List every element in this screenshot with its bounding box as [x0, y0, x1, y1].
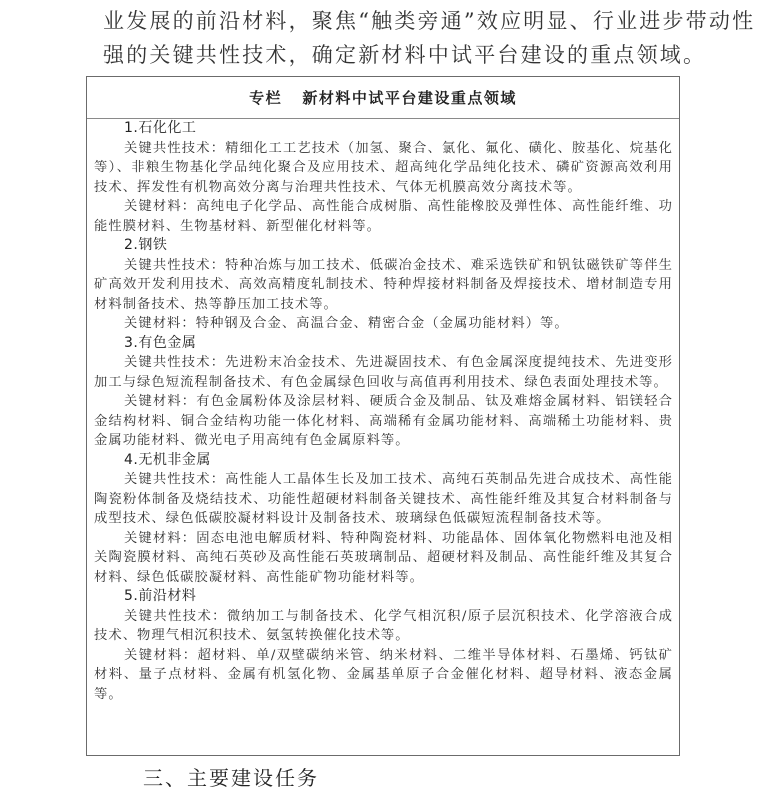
key-materials: 关键材料：高纯电子化学品、高性能合成树脂、高性能橡胶及弹性体、高性能纤维、功能性… [94, 197, 673, 236]
section-petrochemical: 1.石化化工 关键共性技术：精细化工工艺技术（加氢、聚合、氯化、氟化、磺化、胺基… [94, 119, 673, 236]
section-heading: 1.石化化工 [94, 119, 673, 139]
section-heading: 2.钢铁 [94, 236, 673, 256]
key-technologies: 关键共性技术：高性能人工晶体生长及加工技术、高纯石英制品先进合成技术、高性能陶瓷… [94, 470, 673, 529]
intro-line: 强的关键共性技术，确定新材料中试平台建设的重点领域。 [103, 38, 703, 72]
box-title: 专栏 新材料中试平台建设重点领域 [87, 77, 679, 119]
intro-paragraph: 业发展的前沿材料，聚焦“触类旁通”效应明显、行业进步带动性 强的关键共性技术，确… [103, 4, 703, 72]
key-technologies: 关键共性技术：精细化工工艺技术（加氢、聚合、氯化、氟化、磺化、胺基化、烷基化等）… [94, 139, 673, 198]
section-heading: 5.前沿材料 [94, 587, 673, 607]
chapter-heading-main-tasks: 三、主要建设任务 [143, 762, 319, 791]
section-frontier-materials: 5.前沿材料 关键共性技术：微纳加工与制备技术、化学气相沉积/原子层沉积技术、化… [94, 587, 673, 704]
section-nonferrous-metals: 3.有色金属 关键共性技术：先进粉末冶金技术、先进凝固技术、有色金属深度提纯技术… [94, 334, 673, 451]
section-heading: 3.有色金属 [94, 334, 673, 354]
key-materials: 关键材料：固态电池电解质材料、特种陶瓷材料、功能晶体、固体氧化物燃料电池及相关陶… [94, 529, 673, 588]
section-steel: 2.钢铁 关键共性技术：特种冶炼与加工技术、低碳冶金技术、难采选铁矿和钒钛磁铁矿… [94, 236, 673, 334]
section-inorganic-nonmetallic: 4.无机非金属 关键共性技术：高性能人工晶体生长及加工技术、高纯石英制品先进合成… [94, 451, 673, 588]
sidebar-box-key-areas: 专栏 新材料中试平台建设重点领域 1.石化化工 关键共性技术：精细化工工艺技术（… [86, 76, 680, 756]
box-body: 1.石化化工 关键共性技术：精细化工工艺技术（加氢、聚合、氯化、氟化、磺化、胺基… [87, 119, 679, 704]
key-technologies: 关键共性技术：先进粉末冶金技术、先进凝固技术、有色金属深度提纯技术、先进变形加工… [94, 353, 673, 392]
section-heading: 4.无机非金属 [94, 451, 673, 471]
key-technologies: 关键共性技术：微纳加工与制备技术、化学气相沉积/原子层沉积技术、化学溶液合成技术… [94, 607, 673, 646]
intro-line: 业发展的前沿材料，聚焦“触类旁通”效应明显、行业进步带动性 [103, 4, 703, 38]
key-materials: 关键材料：超材料、单/双壁碳纳米管、纳米材料、二维半导体材料、石墨烯、钙钛矿材料… [94, 646, 673, 705]
key-materials: 关键材料：特种钢及合金、高温合金、精密合金（金属功能材料）等。 [94, 314, 673, 334]
key-technologies: 关键共性技术：特种冶炼与加工技术、低碳冶金技术、难采选铁矿和钒钛磁铁矿等伴生矿高… [94, 256, 673, 315]
key-materials: 关键材料：有色金属粉体及涂层材料、硬质合金及制品、钛及难熔金属材料、铝镁轻合金结… [94, 392, 673, 451]
